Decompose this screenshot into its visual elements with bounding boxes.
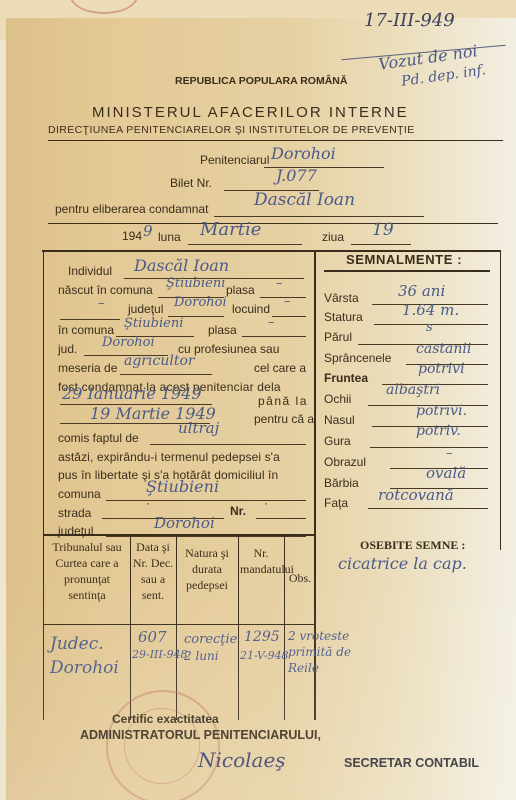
plasa2-value: –: [268, 315, 275, 330]
desc-value-hair: s: [426, 320, 433, 335]
desc-line-height: [374, 324, 488, 325]
plasa2-line: [242, 336, 306, 337]
desc-label-cheeks: Obrazul: [324, 455, 366, 469]
desc-label-nose: Nasul: [324, 413, 355, 427]
day-label: ziua: [322, 230, 344, 244]
to-date-value: 19 Martie 1949: [90, 404, 216, 423]
individual-value: Dascăl Ioan: [134, 256, 229, 275]
desc-value-eyebrows: castanii: [416, 341, 471, 357]
jud-line: [84, 355, 168, 356]
county-label: judeţul: [128, 302, 163, 316]
ticket-number-label: Bilet Nr.: [170, 176, 212, 190]
desc-label-age: Vârsta: [324, 291, 359, 305]
desc-value-eyes: albaştri: [386, 382, 440, 398]
living-label: locuind: [232, 302, 270, 316]
county2-label: judeţul: [58, 524, 93, 538]
desc-line-mouth: [370, 447, 488, 448]
ticket-rule: [48, 223, 498, 224]
desc-value-height: 1.64 m.: [402, 301, 459, 319]
certify-text: Certific exactitatea: [112, 712, 219, 726]
deed-label: comis faptul de: [58, 431, 139, 445]
born-line: [158, 297, 224, 298]
living-value: –: [284, 294, 291, 309]
street-label: strada: [58, 506, 91, 520]
col-divider-4: [284, 534, 285, 720]
release-line: [214, 216, 424, 217]
released-text-1: astăzi, expirându-i termenul pedepsei s'…: [58, 450, 280, 464]
desc-line-age: [372, 304, 488, 305]
individual-label: Individul: [68, 264, 112, 278]
frame-right: [500, 250, 501, 550]
republic-heading: REPUBLICA POPULARA ROMÂNĂ: [175, 75, 347, 87]
official-seal-inner: [124, 708, 200, 784]
desc-value-face: rotcovană: [378, 486, 454, 504]
desc-value-forehead: potrivi: [418, 361, 465, 377]
ticket-number-line: [224, 190, 319, 191]
desc-line-eyebrows: [406, 364, 488, 365]
description-title: SEMNALMENTE :: [346, 252, 462, 267]
born-label: născut în comuna: [58, 283, 153, 297]
trade-line: [120, 374, 212, 375]
header-court: Tribunalul sau Curtea care a pronunţat s…: [46, 539, 128, 603]
in-commune-line: [116, 336, 194, 337]
directorate-heading: DIRECŢIUNEA PENITENCIARELOR ŞI INSTITUTE…: [48, 124, 415, 136]
deed-line: [150, 444, 306, 445]
special-marks-value: cicatrice la cap.: [338, 554, 467, 573]
year-digit: 9: [143, 222, 153, 240]
born-value: Ştiubieni: [166, 276, 225, 291]
desc-line-cheeks: [390, 468, 488, 469]
desc-label-height: Statura: [324, 310, 363, 324]
cell-decision-date: 29-III-948: [132, 648, 187, 661]
col-divider-1: [130, 534, 131, 720]
col-divider-2: [176, 534, 177, 720]
desc-label-eyes: Ochii: [324, 392, 351, 406]
release-name-value: Dascăl Ioan: [254, 190, 355, 210]
living-line-left: [60, 319, 120, 320]
to-date-line: [60, 423, 210, 424]
cell-mandate-date: 21-V-948: [240, 649, 289, 662]
desc-value-cheeks: –: [446, 446, 453, 461]
nr-value: ·: [264, 496, 268, 510]
header-obs: Obs.: [286, 570, 314, 586]
in-commune-label: în comuna: [58, 323, 114, 337]
because-label: pentru că a: [254, 412, 314, 426]
born-plasa-label: plasa: [226, 283, 255, 297]
release-label: pentru eliberarea condamnat: [55, 202, 208, 216]
born-plasa-line: [260, 297, 306, 298]
cell-obs: 2 vroteste primită de Reile: [288, 628, 360, 676]
county-dash: –: [98, 296, 105, 311]
who-label: cel care a: [254, 361, 306, 375]
table-top-rule: [44, 534, 314, 536]
in-commune-value: Ştiubieni: [124, 316, 183, 331]
header-decision: Data şi Nr. Dec. sau a sent.: [132, 539, 174, 603]
description-title-rule: [324, 270, 490, 272]
convicted-text: fost condamnat la acest penitenciar dela: [58, 380, 281, 394]
cell-duration: 2 luni: [184, 649, 219, 663]
month-line: [188, 244, 302, 245]
desc-line-eyes: [368, 405, 488, 406]
living-line: [272, 316, 306, 317]
desc-line-forehead: [382, 384, 488, 385]
desc-label-face: Faţa: [324, 496, 348, 510]
jud-value: Dorohoi: [102, 335, 155, 350]
desc-label-eyebrows: Sprâncenele: [324, 351, 391, 365]
county-value: Dorohoi: [174, 295, 227, 310]
header-nature: Natura şi durata pedepsei: [178, 545, 236, 593]
profession-label: cu profesiunea sau: [178, 342, 279, 356]
nr-line: [256, 518, 306, 519]
cell-decision-no: 607: [138, 628, 167, 646]
penitentiary-value: Dorohoi: [271, 144, 336, 163]
desc-label-mouth: Gura: [324, 434, 351, 448]
table-header-rule: [44, 624, 314, 625]
col-divider-3: [238, 534, 239, 720]
cell-court: Judec. Dorohoi: [50, 632, 130, 680]
administrator-signature: Nicolaeş: [198, 748, 286, 772]
release-ticket-document: 17-III-949 Vozut de noi Pd. dep. inf. RE…: [6, 18, 516, 800]
day-line: [351, 244, 411, 245]
street-line: [102, 518, 224, 519]
individual-line: [124, 278, 304, 279]
until-label: până la: [258, 394, 308, 408]
commune-line: [106, 500, 306, 501]
year-prefix: 194: [122, 229, 142, 243]
desc-value-chin: ovală: [426, 464, 466, 482]
official-seal: [106, 690, 220, 800]
administrator-title: ADMINISTRATORUL PENITENCIARULUI,: [80, 728, 321, 742]
commune-label: comuna: [58, 487, 101, 501]
ticket-number-value: J.077: [276, 166, 317, 185]
cell-mandate-no: 1295: [244, 629, 280, 645]
born-plasa-value: –: [276, 276, 283, 291]
desc-value-nose: potrivi.: [416, 403, 467, 419]
desc-value-mouth: potriv.: [416, 423, 461, 439]
special-marks-title: OSEBITE SEMNE :: [360, 538, 465, 553]
trade-value: agricultor: [124, 353, 195, 369]
released-text-2: pus în libertate şi s'a hotărât domicili…: [58, 468, 278, 482]
deed-value: ultraj: [178, 419, 219, 437]
jud-label: jud.: [58, 342, 77, 356]
county2-line: [106, 536, 306, 537]
header-rule: [48, 140, 503, 141]
penitentiary-label: Penitenciarul: [200, 153, 269, 167]
reference-annotation: 17-III-949: [364, 10, 455, 31]
from-date-value: 29 Ianuarie 1949: [62, 384, 202, 403]
commune-value: Ştiubieni: [146, 477, 219, 496]
desc-line-nose: [372, 426, 488, 427]
desc-line-hair: [358, 344, 488, 345]
frame-divider: [314, 250, 316, 720]
desc-line-face: [368, 508, 488, 509]
desc-value-age: 36 ani: [398, 282, 445, 300]
street-value: ·: [146, 496, 150, 510]
from-date-line: [60, 404, 212, 405]
desc-label-chin: Bărbia: [324, 476, 359, 490]
month-value: Martie: [200, 219, 261, 240]
annotation-note-2: Pd. dep. inf.: [400, 62, 486, 90]
desc-line-chin: [390, 488, 488, 489]
plasa2-label: plasa: [208, 323, 237, 337]
desc-label-forehead: Fruntea: [324, 371, 368, 385]
penitentiary-line: [264, 167, 384, 168]
desc-label-hair: Părul: [324, 330, 352, 344]
secretary-title: SECRETAR CONTABIL: [344, 756, 479, 770]
annotation-note-1: Vozut de noi: [377, 41, 479, 74]
nr-label: Nr.: [230, 504, 246, 518]
ministry-heading: MINISTERUL AFACERILOR INTERNE: [92, 104, 409, 121]
day-value: 19: [372, 220, 394, 240]
header-mandate: Nr. mandatului: [240, 545, 282, 577]
annotation-underline: [341, 45, 505, 60]
month-label: luna: [158, 230, 181, 244]
cell-nature: corecţie: [184, 632, 237, 647]
frame-left: [43, 250, 44, 720]
trade-label: meseria de: [58, 361, 117, 375]
county2-value: Dorohoi: [154, 514, 215, 532]
county-line: [168, 316, 224, 317]
frame-top: [42, 250, 500, 252]
